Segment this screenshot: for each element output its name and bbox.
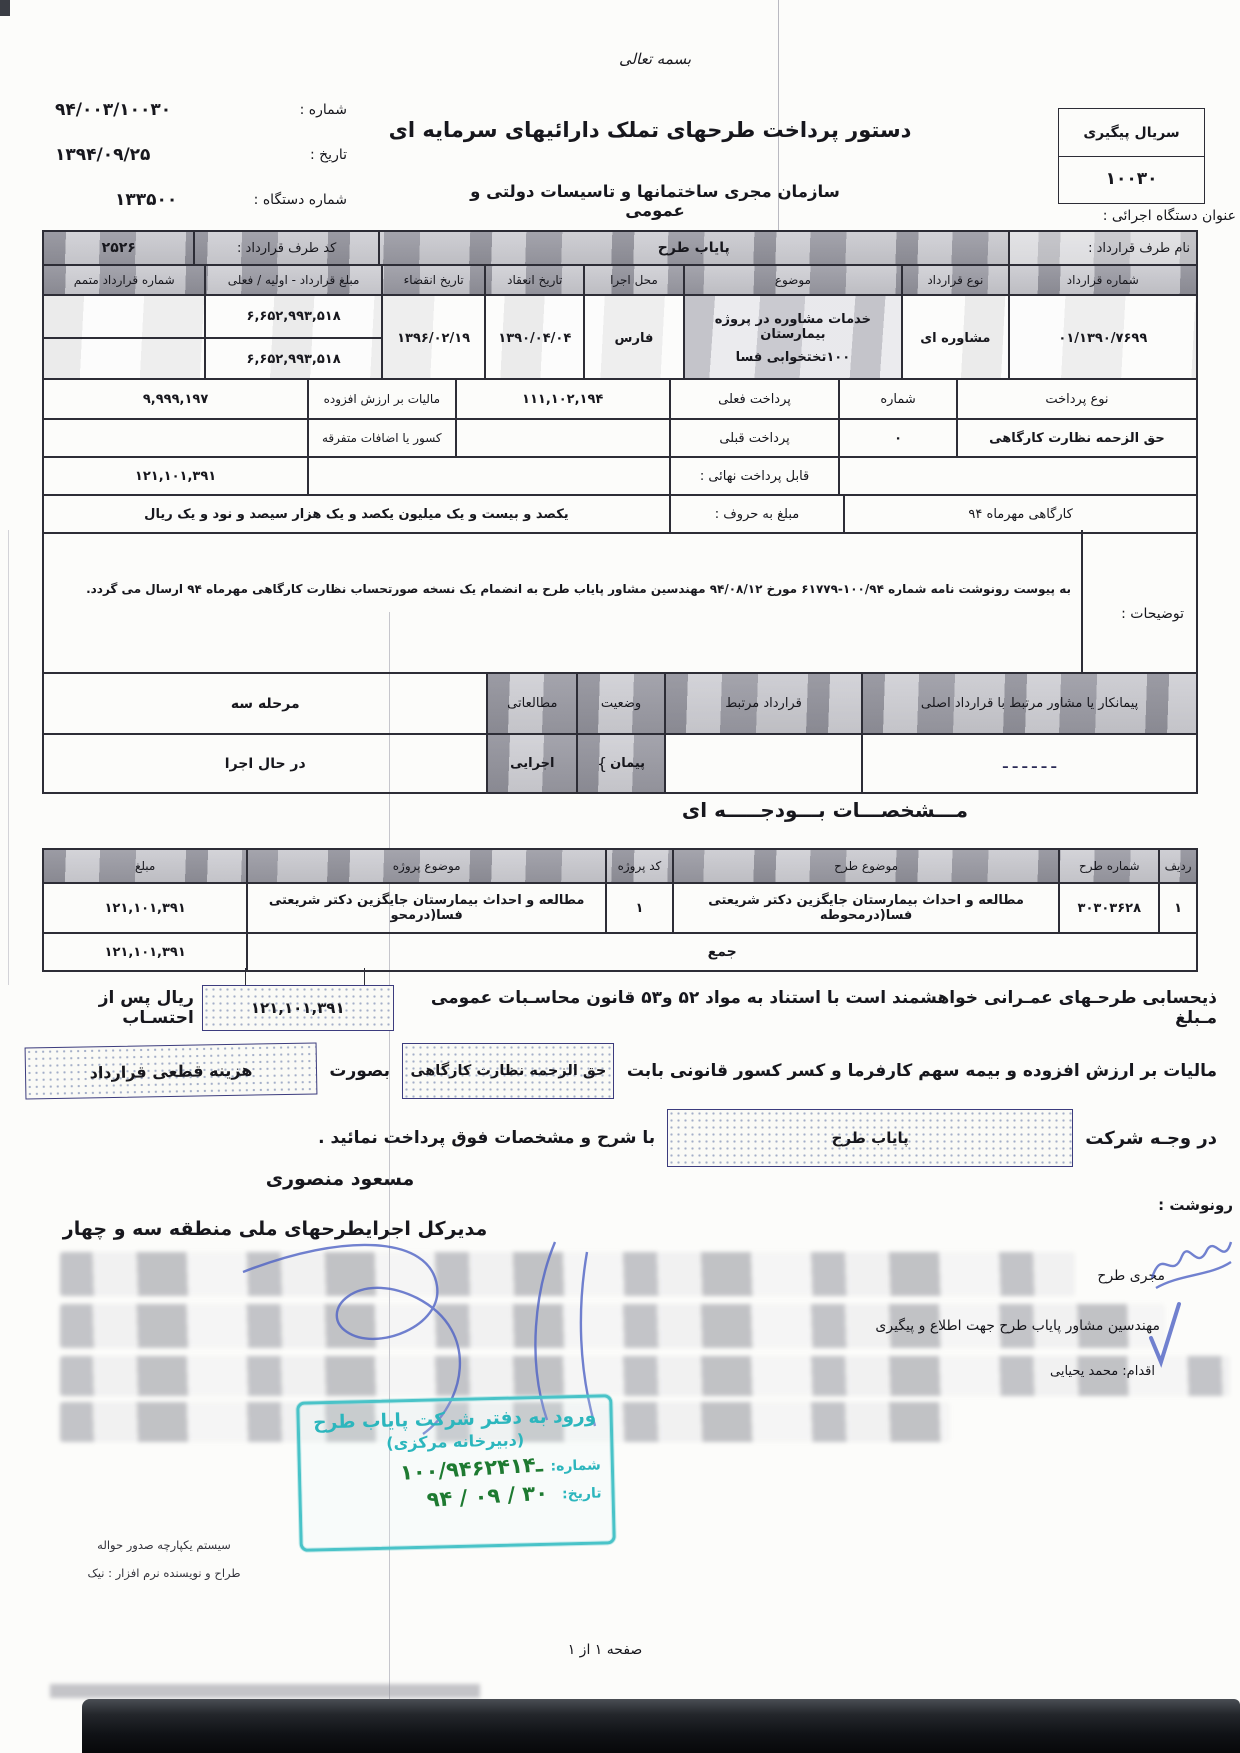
study-phase-header: مطالعاتی	[486, 674, 576, 733]
instruction-line1-tail: ریال پس از احتسـاب	[25, 988, 194, 1028]
contract-location-header: محل اجرا	[583, 266, 683, 294]
instruction-line2-text: مالیات بر ارزش افزوده و بیمه سهم کارفرما…	[627, 1061, 1217, 1081]
instruction-block: ذیحسابی طرحـهای عمـرانی خواهشمند است با …	[25, 985, 1217, 1167]
contract-subject-line1: خدمات مشاوره در پروژه بیمارستان	[688, 312, 898, 342]
contract-amount-cell: ۶,۶۵۲,۹۹۳,۵۱۸ ۶,۶۵۲,۹۹۳,۵۱۸	[204, 296, 380, 380]
copy-recipient-consultant: مهندسین مشاور پایاب طرح جهت اطلاع و پیگی…	[790, 1318, 1160, 1334]
stage-value: مرحله سه	[44, 674, 486, 733]
budget-table: ردیف شماره طرح موضوع طرح کد پروژه موضوع …	[42, 848, 1198, 972]
copy-to-label: رونوشت :	[1128, 1196, 1233, 1214]
action-by: اقدام: محمد یحیایی	[985, 1364, 1155, 1379]
budget-section-title: مـــشخصـــات بـــودجـــــه ای	[480, 798, 1170, 822]
payment-table: نوع پرداخت شماره پرداخت فعلی ۱۱۱,۱۰۲,۱۹۴…	[42, 378, 1198, 534]
plan-number-header: شماره طرح	[1058, 850, 1158, 882]
contractor-dashes: ـ ـ ـ ـ ـ ـ	[861, 735, 1196, 792]
vat-label: مالیات بر ارزش افزوده	[307, 380, 455, 418]
final-payable-value: ۱۲۱,۱۰۱,۳۹۱	[135, 469, 216, 484]
software-credit-line2: طراح و نویسنده نرم افزار : نیک	[75, 1566, 253, 1580]
peyman-label: پیمان	[610, 756, 645, 771]
notes-divider	[1081, 530, 1083, 672]
doc-number-value: ۹۴/۰۰۳/۱۰۰۳۰	[55, 100, 171, 120]
peyman-cell: پیمان {	[576, 735, 664, 792]
contract-subject-value: خدمات مشاوره در پروژه بیمارستان ۱۰۰تختخو…	[683, 296, 901, 380]
contract-party-label: نام طرف قرارداد :	[1008, 232, 1196, 264]
related-contract-header: قرارداد مرتبط	[664, 674, 861, 733]
project-subject-header: موضوع پروژه	[246, 850, 605, 882]
company-name-box: پایاب طرح	[667, 1109, 1073, 1167]
stamp-date-label: تاریخ:	[562, 1485, 602, 1502]
tracking-serial-box: سریال پیگیری ۱۰۰۳۰	[1058, 108, 1205, 204]
budget-amount-value: ۱۲۱,۱۰۱,۳۹۱	[105, 901, 186, 916]
signatory-name: مسعود منصوری	[245, 1168, 435, 1190]
plan-subject-header: موضوع طرح	[672, 850, 1059, 882]
party-code-label: کد طرف قرارداد :	[193, 232, 377, 264]
fee-type-box: حق الزحمه نظارت کارگاهی	[402, 1043, 614, 1099]
contract-signdate-value: ۱۳۹۰/۰۴/۰۴	[498, 331, 571, 346]
plan-number-value: ۳۰۳۰۳۶۲۸	[1078, 901, 1141, 916]
contract-expiry-value: ۱۳۹۶/۰۲/۱۹	[397, 331, 470, 346]
status-header: وضعیت	[576, 674, 664, 733]
amount-in-words-value: یکصد و بیست و یک میلیون یکصد و یک هزار س…	[44, 496, 669, 532]
tracking-serial-label: سریال پیگیری	[1059, 109, 1204, 156]
signature-scribble-icon	[1148, 1232, 1234, 1294]
related-contract-table: پیمانکار یا مشاور مرتبط با قرارداد اصلی …	[42, 672, 1198, 794]
contract-type-value: مشاوره ای	[901, 296, 1008, 380]
device-number-label: شماره دستگاه :	[254, 192, 347, 208]
stamp-number-label: شماره:	[550, 1457, 601, 1474]
budget-row-header: ردیف	[1158, 850, 1196, 882]
party-code-value: ۲۵۲۶	[102, 240, 136, 256]
contract-amendment-header: شماره قرارداد متمم	[44, 266, 204, 294]
amount-header: مبلغ	[44, 850, 246, 882]
tracking-serial-value: ۱۰۰۳۰	[1106, 169, 1158, 189]
document-title: دستور پرداخت طرحهای تملک دارائیهای سرمای…	[330, 118, 970, 142]
device-number-value: ۱۳۳۵۰۰	[115, 190, 177, 210]
organization-name: سازمان مجری ساختمانها و تاسیسات دولتی و …	[440, 182, 870, 220]
execution-value: اجرایی	[486, 735, 576, 792]
in-progress-value: در حال اجرا	[44, 735, 486, 792]
current-payment-label: پرداخت فعلی	[669, 380, 838, 418]
scan-edge-line	[8, 530, 9, 985]
current-payment-value: ۱۱۱,۱۰۲,۱۹۴	[522, 392, 603, 407]
project-subject-value: مطالعه و احداث بیمارستان جایگزین دکتر شر…	[246, 884, 605, 932]
instruction-amount-box: ۱۲۱,۱۰۱,۳۹۱	[251, 999, 345, 1017]
project-code-value: ۱	[635, 901, 643, 916]
pay-instruction-tail: با شرح و مشخصات فوق پرداخت نمائید .	[318, 1128, 655, 1148]
contract-subject-line2: ۱۰۰تختخوابی فسا	[736, 350, 851, 365]
payment-type-value: حق الزحمه نظارت کارگاهی	[956, 420, 1196, 456]
previous-payment-label: پرداخت قبلی	[669, 420, 838, 456]
payment-no-value: ۰	[894, 431, 902, 446]
final-payable-label: قابل پرداخت نهائی :	[669, 458, 838, 494]
contract-expiry-header: تاریخ انقضاء	[381, 266, 485, 294]
doc-number-label: شماره :	[300, 102, 347, 118]
notes-box: توضیحات : به پیوست رونوشت نامه شماره ۱۰۰…	[42, 530, 1198, 672]
contract-location-value: فارس	[583, 296, 683, 380]
document-meta: شماره : ۹۴/۰۰۳/۱۰۰۳۰ تاریخ : ۱۳۹۴/۰۹/۲۵ …	[55, 95, 347, 215]
vat-value: ۹,۹۹۹,۱۹۷	[143, 392, 208, 407]
budget-row-no: ۱	[1174, 901, 1182, 916]
peyman-brace: {	[597, 754, 607, 773]
related-contractor-header: پیمانکار یا مشاور مرتبط با قرارداد اصلی	[861, 674, 1196, 733]
contract-subject-header: موضوع	[683, 266, 901, 294]
page-number: صفحه ۱ از ۱	[540, 1642, 670, 1658]
bismillah: بسمه تعالی	[575, 50, 735, 68]
contract-type-header: نوع قرارداد	[901, 266, 1008, 294]
contract-amount-current: ۶,۶۵۲,۹۹۳,۵۱۸	[247, 352, 341, 367]
scanned-payment-order-document: بسمه تعالی دستور پرداخت طرحهای تملک دارا…	[0, 0, 1240, 1753]
contract-signdate-header: تاریخ انعقاد	[484, 266, 583, 294]
instruction-besorat: بصورت	[329, 1061, 390, 1081]
contract-amount-header: مبلغ قرارداد - اولیه / فعلی	[204, 266, 380, 294]
cost-type-box: هزینه قطعی قرارداد	[25, 1042, 318, 1099]
software-credit: سیستم یکپارچه صدور حواله طراح و نویسنده …	[75, 1538, 253, 1580]
budget-sum-label: جمع	[246, 934, 1196, 970]
company-entry-stamp: ورود به دفتر شرکت پایاب طرح (دبیرخانه مر…	[296, 1394, 616, 1552]
plan-subject-value: مطالعه و احداث بیمارستان جایگزین دکتر شر…	[672, 884, 1059, 932]
supervision-period: کارگاهی مهرماه ۹۴	[843, 496, 1196, 532]
payment-type-header: نوع پرداخت	[956, 380, 1196, 418]
scan-corner-mark	[0, 0, 10, 16]
project-code-header: کد پروژه	[605, 850, 672, 882]
contract-amendment-cell	[44, 296, 204, 380]
stamp-date-value: ۹۴ / ۰۹ / ۳۰	[426, 1481, 549, 1512]
contract-number-header: شماره قرارداد	[1008, 266, 1196, 294]
payment-no-header: شماره	[838, 380, 956, 418]
budget-sum-value: ۱۲۱,۱۰۱,۳۹۱	[105, 945, 186, 960]
checkmark-pen-icon	[1145, 1298, 1185, 1370]
contract-amount-initial: ۶,۶۵۲,۹۹۳,۵۱۸	[247, 309, 341, 324]
doc-date-value: ۱۳۹۴/۰۹/۲۵	[55, 145, 150, 165]
contract-number-value: ۰۱/۱۳۹۰/۷۶۹۹	[1058, 331, 1147, 346]
notes-label: توضیحات :	[1089, 606, 1184, 622]
instruction-line1-text: ذیحسابی طرحـهای عمـرانی خواهشمند است با …	[402, 988, 1217, 1028]
pay-to-company-text: در وجـه شرکت	[1085, 1128, 1217, 1149]
amount-in-words-label: مبلغ به حروف :	[669, 496, 843, 532]
contract-party-name: پایاب طرح	[378, 232, 1008, 264]
stamp-number-value: ۱۰۰/۹۴ـ۶۲۴۱۴	[399, 1452, 543, 1484]
deductions-label: کسور یا اضافات متفرقه	[307, 420, 455, 456]
scan-streak	[50, 1684, 480, 1698]
software-credit-line1: سیستم یکپارچه صدور حواله	[75, 1538, 253, 1552]
notes-text: به پیوست رونوشت نامه شماره ۱۰۰/۹۴-۶۱۷۷۹ …	[54, 582, 1071, 596]
doc-date-label: تاریخ :	[310, 147, 347, 163]
scan-bottom-bar	[82, 1699, 1240, 1753]
contract-table: نام طرف قرارداد : پایاب طرح کد طرف قرارد…	[42, 230, 1198, 380]
executive-agency-label: عنوان دستگاه اجرائی :	[1020, 208, 1236, 224]
